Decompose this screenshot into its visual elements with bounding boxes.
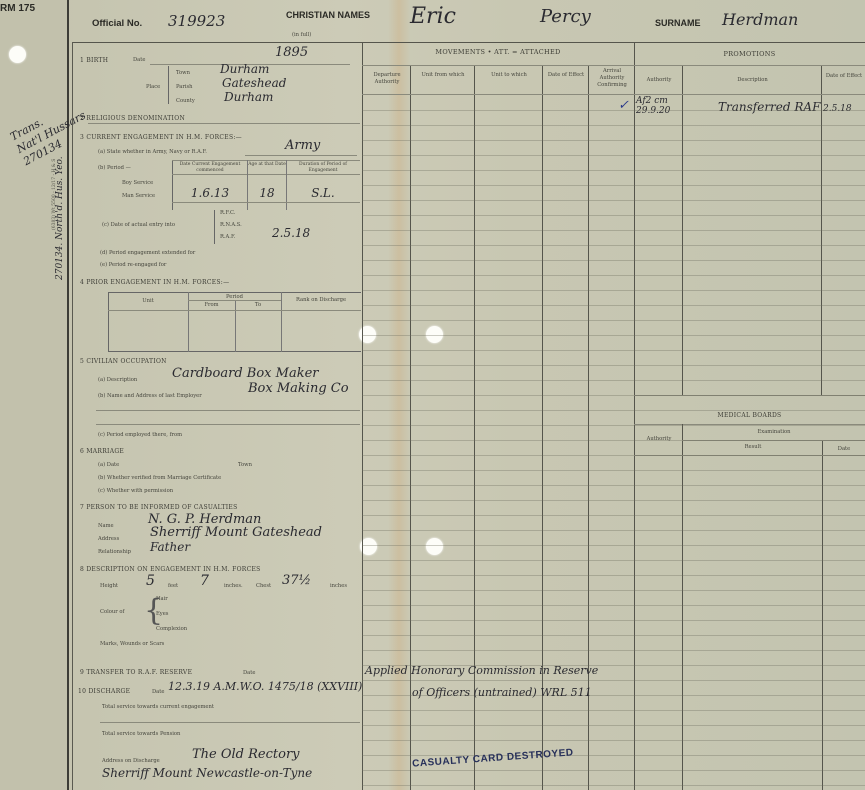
christian-name-first: Eric: [410, 4, 456, 29]
civilian-occupation-label: 5 CIVILIAN OCCUPATION: [80, 358, 167, 365]
ruled-line: [362, 260, 865, 261]
christian-names-sub: (in full): [292, 32, 311, 38]
ruled-line: [362, 515, 865, 516]
period-employed-label: (c) Period employed there, from: [98, 432, 182, 438]
punch-hole: [426, 538, 443, 555]
column-divider: [410, 65, 411, 790]
marriage-date-label: (a) Date: [98, 462, 119, 468]
surname-label: SURNAME: [655, 18, 701, 28]
movements-col-header: Date of Effect: [544, 72, 588, 79]
ruled-line: [362, 275, 865, 276]
re-engaged-label: (e) Period re-engaged for: [100, 262, 166, 268]
chest-value: 37½: [282, 573, 311, 588]
discharge-date-label: Date: [152, 689, 164, 695]
field-line: [96, 410, 360, 411]
column-divider: [822, 440, 823, 790]
table-rule: [188, 300, 281, 301]
field-line: [88, 123, 360, 124]
man-service-age: 18: [248, 186, 286, 200]
ruled-line: [362, 230, 865, 231]
birth-date-value: 1895: [275, 45, 308, 60]
birth-place-label: Place: [146, 84, 160, 90]
ruled-line: [362, 605, 865, 606]
form-number: RM 175: [0, 3, 35, 14]
ruled-line: [362, 320, 865, 321]
table-rule: [172, 160, 360, 161]
marriage-verified-label: (b) Whether verified from Marriage Certi…: [98, 475, 221, 481]
ruled-line: [362, 200, 865, 201]
ruled-line: [362, 545, 865, 546]
ruled-line: [362, 770, 865, 771]
chest-unit: inches: [330, 583, 347, 589]
surname-value: Herdman: [722, 10, 798, 29]
header-divider: [72, 42, 865, 43]
form-border: [72, 42, 73, 790]
birth-county-label: County: [176, 98, 195, 104]
birth-date-label: Date: [133, 57, 145, 63]
total-service-current-label: Total service towards current engagement: [102, 704, 214, 710]
prior-col-header: From: [188, 302, 235, 308]
entry-rfc-label: R.F.C.: [220, 210, 235, 216]
promotions-title: PROMOTIONS: [634, 50, 865, 58]
ruled-line: [362, 365, 865, 366]
table-rule: [172, 174, 360, 175]
promotion-description: Transferred RAF: [718, 100, 820, 114]
column-divider: [682, 424, 683, 790]
entry-raf-label: R.A.F.: [220, 234, 235, 240]
discharge-label: 10 DISCHARGE: [78, 688, 130, 695]
ruled-line: [362, 140, 865, 141]
ruled-line: [362, 470, 865, 471]
discharge-date-value: 12.3.19 A.M.W.O. 1475/18 (XXVIII): [168, 680, 362, 693]
height-feet-value: 5: [146, 573, 155, 589]
ruled-line: [362, 650, 865, 651]
discharge-address-line2: Sherriff Mount Newcastle-on-Tyne: [102, 766, 312, 780]
feet-label: feet: [168, 583, 178, 589]
birth-town-value: Durham: [220, 62, 269, 76]
medical-boards-title: MEDICAL BOARDS: [634, 412, 865, 419]
engagement-col-header: Age at that Date: [248, 162, 286, 168]
medical-col-header: Authority: [636, 436, 682, 442]
prior-engagement-label: 4 PRIOR ENGAGEMENT IN H.M. FORCES:—: [80, 279, 229, 286]
header-rule: [362, 65, 865, 66]
promotions-col-header: Description: [684, 77, 821, 83]
table-rule: [172, 202, 360, 203]
marriage-town-label: Town: [238, 462, 252, 468]
casualties-label: 7 PERSON TO BE INFORMED OF CASUALTIES: [80, 504, 238, 511]
movements-col-header: Departure Authority: [364, 72, 410, 86]
ruled-line: [362, 500, 865, 501]
service-type-label: (a) State whether in Army, Navy or R.A.F…: [98, 149, 207, 155]
ruled-line: [362, 740, 865, 741]
column-divider: [542, 65, 543, 790]
birth-town-label: Town: [176, 70, 190, 76]
religion-label: 2 RELIGIOUS DENOMINATION: [80, 115, 185, 122]
prior-col-header: Unit: [108, 298, 188, 304]
marriage-permission-label: (c) Whether with permission: [98, 488, 173, 494]
promotions-col-header: Authority: [636, 77, 682, 83]
service-type-value: Army: [285, 138, 320, 153]
casualty-relationship-label: Relationship: [98, 549, 131, 555]
occupation-description-label: (a) Description: [98, 377, 137, 383]
chest-label: Chest: [256, 583, 271, 589]
printer-imprint: (6383) Wt 5500 - 12/17 - H & S: [52, 159, 57, 230]
ruled-line: [362, 485, 865, 486]
table-col: [188, 292, 189, 352]
entry-date-label: (c) Date of actual entry into: [102, 222, 175, 228]
column-divider: [474, 65, 475, 790]
ruled-line: [362, 155, 865, 156]
ruled-line: [362, 590, 865, 591]
ruled-line: [362, 530, 865, 531]
ruled-line: [362, 410, 865, 411]
discharge-address-line1: The Old Rectory: [192, 747, 300, 762]
ruled-line: [362, 725, 865, 726]
ruled-line: [362, 575, 865, 576]
last-employer-label: (b) Name and Address of last Employer: [98, 393, 202, 399]
transfer-date-label: Date: [243, 670, 255, 676]
inches-label: inches.: [224, 583, 243, 589]
table-rule: [108, 310, 361, 311]
ruled-line: [362, 185, 865, 186]
birth-label: 1 BIRTH: [80, 57, 108, 64]
description-label: 8 DESCRIPTION ON ENGAGEMENT IN H.M. FORC…: [80, 566, 261, 573]
entry-raf-value: 2.5.18: [272, 226, 310, 240]
official-no-value: 319923: [168, 12, 225, 30]
occupation-description-value: Cardboard Box Maker: [172, 366, 319, 381]
ruled-line: [362, 170, 865, 171]
extended-label: (d) Period engagement extended for: [100, 250, 195, 256]
prior-col-header: To: [235, 302, 281, 308]
field-line: [96, 424, 360, 425]
promotion-authority: Af2 cm 29.9.20: [636, 96, 682, 116]
header-rule: [362, 94, 865, 95]
discharge-address-label: Address on Discharge: [102, 758, 160, 764]
current-engagement-label: 3 CURRENT ENGAGEMENT IN H.M. FORCES:—: [80, 134, 242, 141]
promotion-date: 2.5.18: [823, 104, 852, 114]
total-service-pension-label: Total service towards Pension: [102, 731, 180, 737]
field-line: [245, 155, 357, 156]
official-no-label: Official No.: [92, 18, 142, 29]
ruled-line: [362, 710, 865, 711]
ruled-line: [362, 455, 865, 456]
casualty-address-label: Address: [98, 536, 119, 542]
medical-col-header: Date: [824, 446, 864, 452]
medical-col-header: Examination: [684, 429, 864, 435]
movements-col-header: Unit from which: [412, 72, 474, 79]
ruled-line: [362, 620, 865, 621]
movements-col-header: Unit to which: [476, 72, 542, 79]
movements-remark-line1: Applied Honorary Commission in Reserve: [365, 664, 598, 677]
movements-col-header: Arrival Authority Confirming: [590, 68, 634, 89]
last-employer-value: Box Making Co: [248, 381, 349, 396]
man-service-label: Man Service: [122, 193, 155, 199]
service-record-sheet: RM 175 Trans. Nat'l Hussars 270134 27013…: [0, 0, 865, 790]
bracket: [168, 66, 169, 104]
punch-hole: [9, 46, 26, 63]
promotions-col-header: Date of Effect: [823, 73, 865, 80]
man-service-commenced: 1.6.13: [173, 186, 247, 200]
period-label: (b) Period —: [98, 165, 131, 171]
transfer-reserve-label: 9 TRANSFER TO R.A.F. RESERVE: [80, 669, 192, 676]
bracket: [214, 210, 215, 244]
ruled-line: [362, 425, 865, 426]
christian-names-label: CHRISTIAN NAMES: [286, 10, 356, 20]
birth-parish-value: Gateshead: [222, 76, 287, 90]
movements-remark-line2: of Officers (untrained) WRL 511: [412, 686, 592, 699]
ruled-line: [362, 560, 865, 561]
movements-title: MOVEMENTS • Att. = Attached: [362, 48, 634, 56]
marks-label: Marks, Wounds or Scars: [100, 641, 164, 647]
complexion-label: Complexion: [156, 626, 187, 632]
casualty-name-label: Name: [98, 523, 114, 529]
colour-label: Colour of: [100, 609, 124, 615]
engagement-col-header: Date Current Engagement commenced: [173, 162, 247, 174]
birth-parish-label: Parish: [176, 84, 193, 90]
casualty-relationship-value: Father: [150, 540, 190, 554]
ruled-line: [362, 440, 865, 441]
ruled-line: [362, 290, 865, 291]
man-service-duration: S.L.: [287, 186, 359, 200]
eyes-label: Eyes: [156, 611, 168, 617]
ruled-line: [362, 245, 865, 246]
engagement-col-header: Duration of Period of Engagement: [287, 162, 359, 174]
ruled-line: [362, 635, 865, 636]
prior-col-header: Rank on Discharge: [281, 297, 361, 303]
ruled-line: [362, 680, 865, 681]
birth-county-value: Durham: [224, 90, 273, 104]
entry-rnas-label: R.N.A.S.: [220, 222, 242, 228]
ruled-line: [362, 785, 865, 786]
casualty-address-value: Sherriff Mount Gateshead: [150, 525, 322, 540]
marriage-label: 6 MARRIAGE: [80, 448, 124, 455]
ruled-line: [362, 125, 865, 126]
field-line: [100, 722, 360, 723]
ruled-line: [362, 380, 865, 381]
height-inches-value: 7: [200, 573, 209, 589]
hair-label: Hair: [156, 596, 168, 602]
ruled-line: [362, 335, 865, 336]
ruled-line: [362, 350, 865, 351]
height-label: Height: [100, 583, 118, 589]
ruled-line: [362, 305, 865, 306]
ruled-line: [362, 110, 865, 111]
medical-col-header: Result: [684, 444, 822, 450]
boy-service-label: Boy Service: [122, 180, 153, 186]
ruled-line: [362, 395, 865, 396]
column-divider: [588, 65, 589, 790]
ruled-line: [362, 215, 865, 216]
casualty-card-stamp: CASUALTY CARD DESTROYED: [412, 747, 574, 769]
christian-name-second: Percy: [540, 6, 591, 27]
